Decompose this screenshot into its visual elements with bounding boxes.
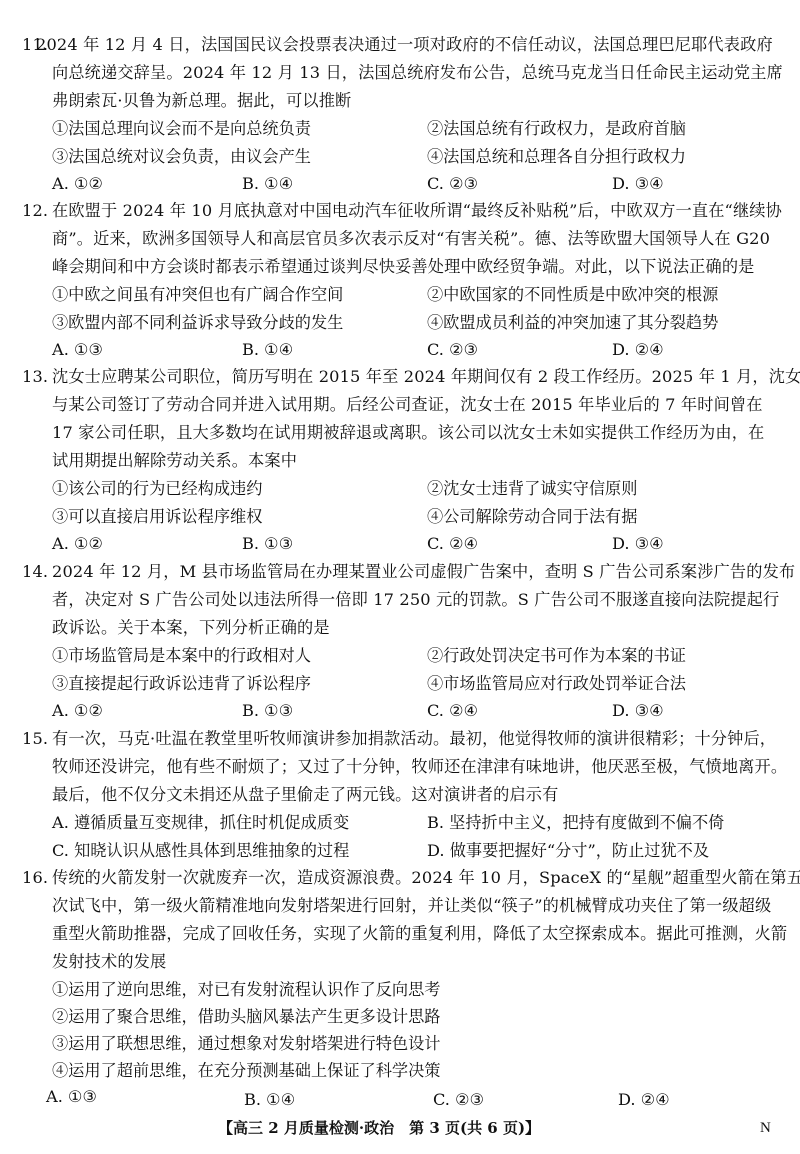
choice-c[interactable]: C. ②③ [433, 1090, 484, 1110]
question-stem-line: 次试飞中，第一级火箭精准地向发射塔架进行回射，并让类似“筷子”的机械臂成功夹住了… [52, 896, 771, 916]
choice-a[interactable]: A. ①② [52, 174, 103, 194]
choice-a[interactable]: A. ①③ [52, 340, 103, 360]
choice-c[interactable]: C. ②④ [427, 701, 478, 721]
question-stem-line: 牧师还没讲完，他有些不耐烦了；又过了十分钟，牧师还在津津有味地讲，他厌恶至极，气… [52, 757, 787, 777]
statement-2: ②运用了聚合思维，借助头脑风暴法产生更多设计思路 [52, 1007, 441, 1027]
exam-page: 11. 2024 年 12 月 4 日，法国国民议会投票表决通过一项对政府的不信… [0, 0, 800, 1154]
statement-4: ④法国总统和总理各自分担行政权力 [427, 147, 686, 167]
question-stem-line: 峰会期间和中方会谈时都表示希望通过谈判尽快妥善处理中欧经贸争端。对此，以下说法正… [52, 257, 755, 277]
question-number: 15. [22, 729, 48, 749]
question-number: 14. [22, 562, 48, 582]
statement-2: ②沈女士违背了诚实守信原则 [427, 479, 637, 499]
question-stem-line: 沈女士应聘某公司职位，简历写明在 2015 年至 2024 年期间仅有 2 段工… [52, 367, 800, 387]
question-stem-line: 在欧盟于 2024 年 10 月底执意对中国电动汽车征收所谓“最终反补贴税”后，… [52, 201, 782, 221]
statement-4: ④欧盟成员利益的冲突加速了其分裂趋势 [427, 313, 718, 333]
statement-1: ①市场监管局是本案中的行政相对人 [52, 646, 311, 666]
choice-c[interactable]: C. ②③ [427, 340, 478, 360]
question-number: 13. [22, 367, 48, 387]
statement-1: ①中欧之间虽有冲突但也有广阔合作空间 [52, 285, 343, 305]
choice-a[interactable]: A. ①③ [46, 1087, 97, 1107]
choice-c[interactable]: C. 知晓认识从感性具体到思维抽象的过程 [52, 841, 349, 861]
statement-1: ①该公司的行为已经构成违约 [52, 479, 262, 499]
statement-2: ②法国总统有行政权力，是政府首脑 [427, 119, 686, 139]
question-number: 12. [22, 201, 48, 221]
question-stem-line: 有一次，马克·吐温在教堂里听牧师演讲参加捐款活动。最初，他觉得牧师的演讲很精彩；… [52, 729, 776, 749]
statement-4: ④市场监管局应对行政处罚举证合法 [427, 674, 686, 694]
choice-c[interactable]: C. ②③ [427, 174, 478, 194]
statement-1: ①法国总理向议会而不是向总统负责 [52, 119, 311, 139]
choice-b[interactable]: B. ①③ [242, 534, 293, 554]
question-stem-line: 重型火箭助推器，完成了回收任务，实现了火箭的重复利用，降低了太空探索成本。据此可… [52, 924, 787, 944]
question-stem-line: 2024 年 12 月 4 日，法国国民议会投票表决通过一项对政府的不信任动议，… [36, 35, 773, 55]
choice-b[interactable]: B. ①③ [242, 701, 293, 721]
question-stem-line: 政诉讼。关于本案，下列分析正确的是 [52, 618, 330, 638]
choice-d[interactable]: D. ③④ [612, 534, 664, 554]
statement-4: ④运用了超前思维，在充分预测基础上保证了科学决策 [52, 1061, 441, 1081]
statement-3: ③直接提起行政诉讼违背了诉讼程序 [52, 674, 311, 694]
question-stem-line: 与某公司签订了劳动合同并进入试用期。后经公司查证，沈女士在 2015 年毕业后的… [52, 395, 763, 415]
choice-b[interactable]: B. ①④ [242, 174, 293, 194]
footer-code: N [760, 1118, 771, 1138]
statement-2: ②中欧国家的不同性质是中欧冲突的根源 [427, 285, 718, 305]
statement-4: ④公司解除劳动合同于法有据 [427, 507, 637, 527]
statement-2: ②行政处罚决定书可作为本案的书证 [427, 646, 686, 666]
statement-3: ③可以直接启用诉讼程序维权 [52, 507, 262, 527]
choice-d[interactable]: D. ②④ [618, 1090, 670, 1110]
question-stem-line: 试用期提出解除劳动关系。本案中 [52, 451, 297, 471]
question-stem-line: 向总统递交辞呈。2024 年 12 月 13 日，法国总统府发布公告，总统马克龙… [52, 63, 783, 83]
choice-d[interactable]: D. ③④ [612, 701, 664, 721]
statement-1: ①运用了逆向思维，对已有发射流程认识作了反向思考 [52, 980, 441, 1000]
choice-b[interactable]: B. ①④ [242, 340, 293, 360]
statement-3: ③欧盟内部不同利益诉求导致分歧的发生 [52, 313, 343, 333]
choice-b[interactable]: B. 坚持折中主义，把持有度做到不偏不倚 [427, 813, 724, 833]
question-stem-line: 者，决定对 S 广告公司处以违法所得一倍即 17 250 元的罚款。S 广告公司… [52, 590, 779, 610]
question-stem-line: 17 家公司任职，且大多数均在试用期被辞退或离职。该公司以沈女士未如实提供工作经… [52, 423, 764, 443]
question-number: 16. [22, 868, 48, 888]
choice-d[interactable]: D. ②④ [612, 340, 664, 360]
footer-title: 【高三 2 月质量检测·政治 第 3 页(共 6 页)】 [218, 1118, 540, 1138]
choice-b[interactable]: B. ①④ [244, 1090, 295, 1110]
question-stem-line: 弗朗索瓦·贝鲁为新总理。据此，可以推断 [52, 91, 351, 111]
statement-3: ③法国总统对议会负责，由议会产生 [52, 147, 311, 167]
choice-c[interactable]: C. ②④ [427, 534, 478, 554]
choice-a[interactable]: A. ①② [52, 701, 103, 721]
question-stem-line: 传统的火箭发射一次就废弃一次，造成资源浪费。2024 年 10 月，SpaceX… [52, 868, 800, 888]
choice-d[interactable]: D. 做事要把握好“分寸”，防止过犹不及 [427, 841, 709, 861]
choice-a[interactable]: A. 遵循质量互变规律，抓住时机促成质变 [52, 813, 349, 833]
choice-a[interactable]: A. ①② [52, 534, 103, 554]
question-stem-line: 2024 年 12 月，M 县市场监管局在办理某置业公司虚假广告案中，查明 S … [52, 562, 795, 582]
choice-d[interactable]: D. ③④ [612, 174, 664, 194]
question-stem-line: 商”。近来，欧洲多国领导人和高层官员多次表示反对“有害关税”。德、法等欧盟大国领… [52, 229, 770, 249]
question-stem-line: 发射技术的发展 [52, 952, 166, 972]
question-stem-line: 最后，他不仅分文未捐还从盘子里偷走了两元钱。这对演讲者的启示有 [52, 785, 558, 805]
statement-3: ③运用了联想思维，通过想象对发射塔架进行特色设计 [52, 1034, 441, 1054]
